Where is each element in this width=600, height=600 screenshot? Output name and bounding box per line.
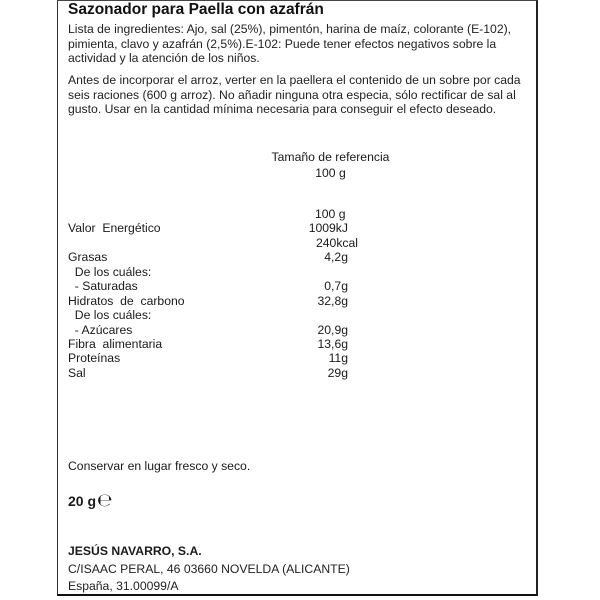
nutrition-row: Grasas4,2g [68, 250, 348, 265]
nutrition-row: Fibra alimentaria13,6g [68, 337, 348, 352]
nutrient-value: 13,6g [318, 337, 349, 352]
ingredients-list: Lista de ingredientes: Ajo, sal (25%), p… [68, 22, 528, 66]
estimated-sign-icon: ℮ [97, 490, 112, 511]
nutrition-row: Sal29g [68, 366, 348, 381]
net-weight-value: 20 g [68, 493, 96, 509]
nutrient-value: 4,2g [324, 250, 348, 265]
reference-value: 100 g [268, 165, 393, 181]
nutrient-value: 11g [329, 351, 348, 366]
nutrient-name: - Saturadas [68, 279, 138, 294]
nutrient-name: Sal [68, 366, 86, 381]
nutrient-name: De los cuáles: [68, 265, 151, 280]
nutrient-name: Valor Energético [68, 221, 161, 236]
nutrition-row: - Azúcares20,9g [68, 323, 348, 338]
nutrition-row: - Saturadas0,7g [68, 279, 348, 294]
nutrition-reference: Tamaño de referencia 100 g [268, 149, 393, 181]
nutrient-name: De los cuáles: [68, 308, 151, 323]
storage-instructions: Conservar en lugar fresco y seco. [68, 459, 250, 473]
energy-kcal: 240kcal [316, 236, 358, 250]
nutrient-name: Hidratos de carbono [68, 294, 185, 309]
manufacturer-name: JESÚS NAVARRO, S.A. [68, 544, 202, 558]
nutrition-row: Valor Energético1009kJ [68, 221, 348, 236]
nutrition-row: Hidratos de carbono32,8g [68, 294, 348, 309]
preparation-instructions: Antes de incorporar el arroz, verter en … [68, 73, 528, 117]
nutrient-value: 29g [328, 366, 348, 381]
net-weight: 20 g℮ [68, 490, 112, 511]
nutrient-name: Fibra alimentaria [68, 337, 162, 352]
nutrient-value: 32,8g [318, 294, 349, 309]
nutrient-value: 20,9g [318, 323, 349, 338]
nutrient-value: 0,7g [324, 279, 348, 294]
manufacturer-registration: España, 31.00099/A [68, 579, 178, 593]
nutrient-value: 1009kJ [309, 221, 348, 236]
nutrient-name: Grasas [68, 250, 107, 265]
nutrient-name: - Azúcares [68, 323, 132, 338]
reference-label: Tamaño de referencia [268, 149, 393, 165]
nutrient-name: Proteínas [68, 351, 120, 366]
nutrition-row: Proteínas11g [68, 351, 348, 366]
product-title: Sazonador para Paella con azafrán [68, 1, 324, 19]
nutrition-column-header: 100 g [315, 207, 346, 221]
nutrition-row: De los cuáles: [68, 308, 348, 323]
nutrition-row: De los cuáles: [68, 265, 348, 280]
manufacturer-address: C/ISAAC PERAL, 46 03660 NOVELDA (ALICANT… [68, 562, 350, 576]
